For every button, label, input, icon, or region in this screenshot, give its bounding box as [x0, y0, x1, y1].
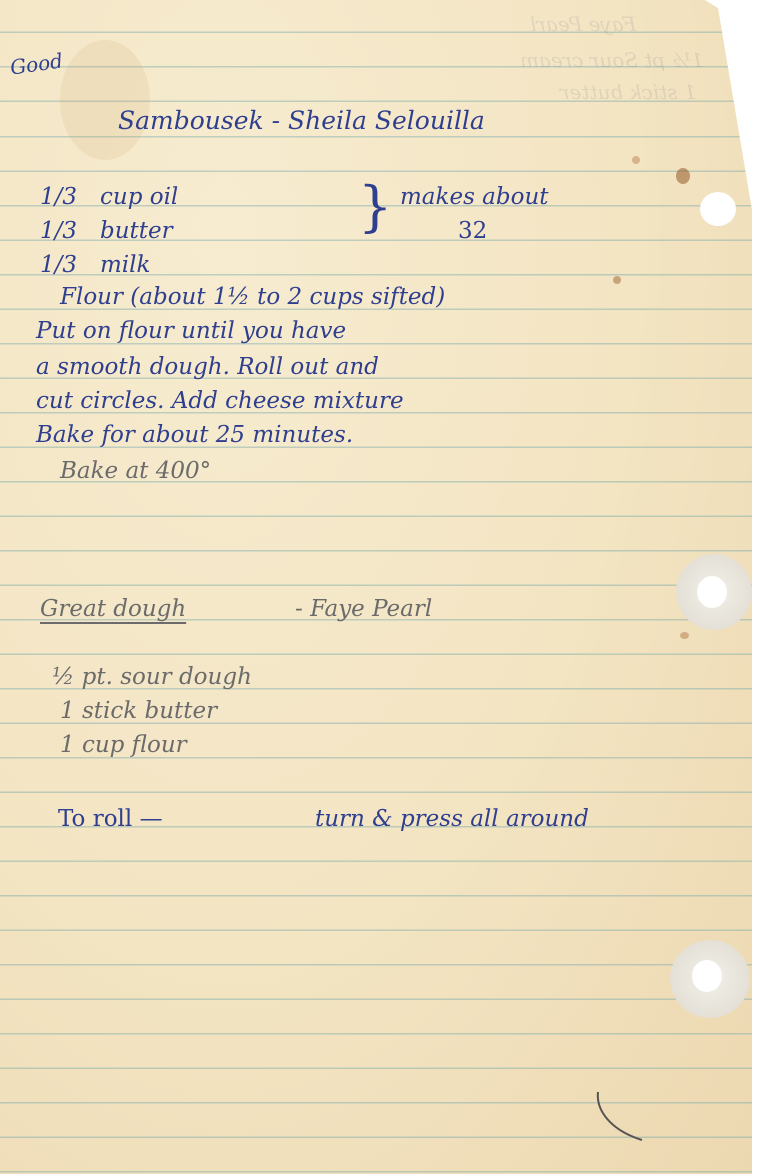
ingredient-item: cup oil	[100, 184, 178, 210]
binder-hole	[700, 192, 736, 226]
ingredient-qty: 1/3	[40, 218, 77, 244]
stain-spot	[613, 276, 621, 284]
yield-count: 32	[458, 218, 487, 244]
bleed-through-text: 1 stick butter	[560, 80, 697, 104]
pencil-stroke	[590, 1088, 650, 1148]
instruction-line: cut circles. Add cheese mixture	[36, 388, 404, 414]
ingredient-item: butter	[100, 218, 173, 244]
recipe-card: Faye Pearl 1½ pt Sour cream 1 stick butt…	[0, 0, 752, 1174]
ingredient-line: 1 stick butter	[60, 698, 217, 724]
roll-note-label: To roll —	[58, 806, 163, 832]
stain-spot	[676, 168, 690, 184]
ingredient-qty: 1/3	[40, 184, 77, 210]
brace-symbol: }	[358, 180, 392, 234]
recipe2-author: - Faye Pearl	[295, 596, 432, 622]
instruction-line: Put on flour until you have	[36, 318, 346, 344]
ingredient-item: milk	[100, 252, 150, 278]
discoloration	[60, 40, 150, 160]
binder-hole	[692, 960, 722, 992]
binder-hole	[697, 576, 727, 608]
ingredient-line: 1 cup flour	[60, 732, 187, 758]
yield-note: makes about	[400, 184, 549, 210]
bleed-through-text: Faye Pearl	[530, 12, 636, 36]
instruction-line: a smooth dough. Roll out and	[36, 354, 379, 380]
roll-note-text: turn & press all around	[315, 806, 589, 832]
stain-spot	[632, 156, 640, 164]
recipe2-title: Great dough	[40, 596, 186, 622]
instruction-line: Bake for about 25 minutes.	[36, 422, 353, 448]
stain-spot	[680, 632, 689, 639]
ingredient-qty: 1/3	[40, 252, 77, 278]
pencil-note-bake-temp: Bake at 400°	[60, 458, 211, 484]
recipe1-title: Sambousek - Sheila Selouilla	[118, 106, 485, 135]
ingredient-line: ½ pt. sour dough	[52, 664, 252, 690]
bleed-through-text: 1½ pt Sour cream	[520, 48, 704, 72]
instruction-line: Flour (about 1½ to 2 cups sifted)	[60, 284, 445, 310]
